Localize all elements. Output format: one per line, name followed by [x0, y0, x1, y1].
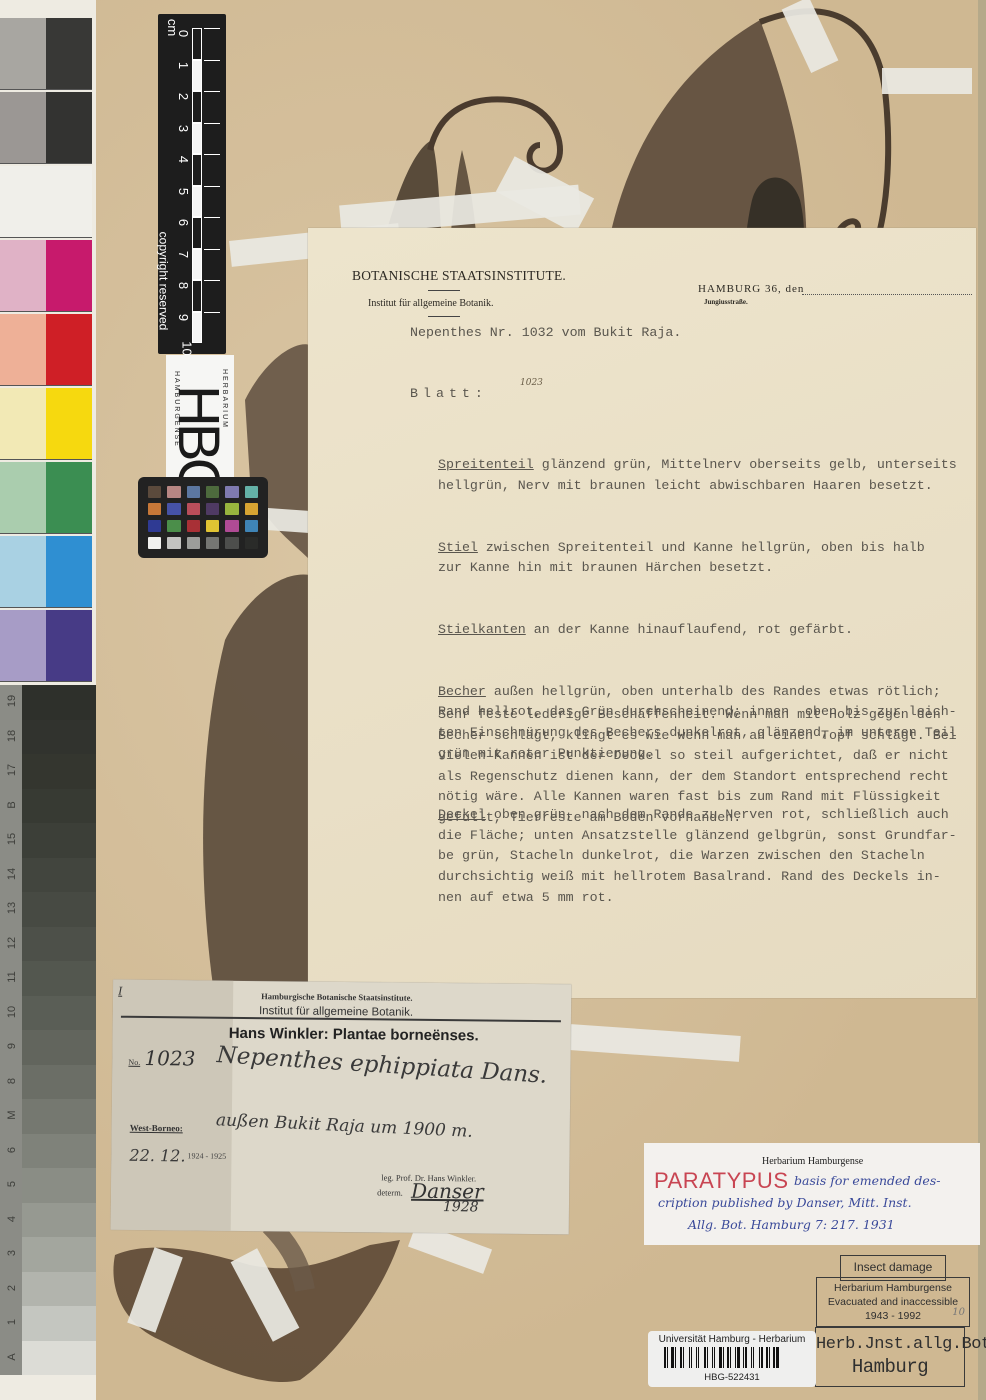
checker-swatch — [225, 537, 238, 549]
color-patch — [0, 240, 46, 311]
ruler-tick-label: 2 — [176, 93, 191, 100]
barcode-bar — [723, 1347, 724, 1368]
grayscale-strip: 191817B15141312111098M654321A — [0, 685, 96, 1375]
ruler-labels: cm012345678910copyright reserved — [162, 14, 184, 354]
ruler-tick — [204, 312, 220, 313]
letterhead-rule — [428, 316, 460, 317]
notes-section-heading: Blatt: — [410, 384, 488, 405]
gray-step — [22, 823, 96, 858]
gray-step-label: 1 — [6, 1312, 18, 1332]
hbg-logo-top-text: HERBARIUM — [221, 369, 228, 429]
paratype-status: PARATYPUS — [654, 1168, 789, 1194]
gray-step — [22, 685, 96, 720]
gray-step-label: M — [6, 1105, 18, 1125]
color-patch — [0, 462, 46, 533]
barcode-bar — [675, 1347, 676, 1368]
color-strip-row — [0, 388, 92, 460]
paratype-note-line: Allg. Bot. Hamburg 7: 217. 1931 — [688, 1217, 895, 1232]
checker-swatch — [167, 520, 180, 532]
collection-label: I Hamburgische Botanische Staatsinstitut… — [111, 980, 572, 1235]
color-patch — [0, 388, 46, 459]
notes-letterhead-city: HAMBURG 36, den — [698, 283, 804, 295]
barcode-label: Universität Hamburg - Herbarium HBG-5224… — [648, 1331, 816, 1387]
checker-swatch — [148, 503, 161, 515]
herbarium-institute-stamp: Herb.Jnst.allg.Bot. Hamburg — [815, 1327, 965, 1387]
color-patch — [0, 536, 46, 607]
gray-step — [22, 1168, 96, 1203]
barcode-bar — [751, 1347, 752, 1368]
notes-letterhead-title: BOTANISCHE STAATSINSTITUTE. — [352, 268, 566, 284]
gray-step — [22, 892, 96, 927]
barcode-bar — [730, 1347, 731, 1368]
ruler-tick-label: 7 — [176, 250, 191, 257]
color-patch — [0, 610, 46, 681]
label-number-caption: No. — [128, 1058, 140, 1067]
letterhead-rule — [428, 290, 460, 291]
ruler-segment — [192, 186, 202, 218]
barcode-bar — [773, 1347, 775, 1368]
barcode-bar — [761, 1347, 763, 1368]
label-institute: Hamburgische Botanische Staatsinstitute. — [261, 991, 412, 1003]
color-patch — [0, 166, 46, 237]
color-patch — [46, 18, 92, 89]
barcode-bars — [664, 1347, 800, 1368]
stamp-line: Herb.Jnst.allg.Bot. — [816, 1334, 964, 1356]
gray-step — [22, 1099, 96, 1134]
gray-step-label: B — [6, 795, 18, 815]
gray-step — [22, 1272, 96, 1307]
stamp-line: 1943 - 1992 — [817, 1309, 969, 1323]
ruler-tick — [204, 249, 220, 250]
color-patch — [46, 240, 92, 311]
gray-step-label: 10 — [6, 1002, 18, 1022]
ruler-tick-label: 3 — [176, 124, 191, 131]
gray-step — [22, 1341, 96, 1376]
gray-step — [22, 961, 96, 996]
barcode-bar — [664, 1347, 666, 1368]
checker-swatch — [206, 486, 219, 498]
gray-step-label: 15 — [6, 829, 18, 849]
ruler-segment — [192, 154, 202, 186]
gray-step-label: 8 — [6, 1071, 18, 1091]
gray-step-label: A — [6, 1347, 18, 1367]
gray-step-label: 13 — [6, 898, 18, 918]
ruler-tick — [204, 28, 220, 29]
barcode-bar — [696, 1347, 697, 1368]
checker-swatch — [225, 520, 238, 532]
gray-step — [22, 720, 96, 755]
paragraph-text: an der Kanne hinauflaufend, rot gefärbt. — [526, 622, 853, 637]
color-strip-row — [0, 166, 92, 238]
color-patch — [46, 166, 92, 237]
color-checker-card — [138, 477, 268, 558]
notes-leaf-description: Spreitenteil glänzend grün, Mittelnerv o… — [438, 414, 957, 949]
label-determ-caption: determ. — [377, 1187, 403, 1197]
checker-swatch — [187, 486, 200, 498]
gray-step-label: 3 — [6, 1243, 18, 1263]
hbg-logo-bottom-text: HAMBURGENSE — [173, 371, 180, 448]
color-patch — [46, 92, 92, 163]
stamp-line: Herbarium Hamburgense — [817, 1281, 969, 1295]
gray-step — [22, 1065, 96, 1100]
barcode-institution: Universität Hamburg - Herbarium — [648, 1334, 816, 1345]
checker-swatch — [206, 537, 219, 549]
ruler-tick — [204, 186, 220, 187]
gray-step — [22, 1306, 96, 1341]
checker-swatch — [148, 520, 161, 532]
barcode-bar — [766, 1347, 768, 1368]
mounting-tape — [882, 68, 972, 94]
checker-swatch — [225, 503, 238, 515]
barcode-bar — [683, 1347, 684, 1368]
color-patch — [46, 610, 92, 681]
ruler-tick-label: 4 — [176, 156, 191, 163]
gray-step — [22, 1134, 96, 1169]
ruler-scale-bars — [192, 28, 220, 348]
color-strip-row — [0, 536, 92, 608]
label-collection-date: 22. 12. — [129, 1146, 185, 1166]
checker-swatch — [245, 503, 258, 515]
label-collection-number: 1023 — [144, 1046, 195, 1071]
barcode-bar — [737, 1347, 740, 1368]
notes-letterhead-subtitle: Institut für allgemeine Botanik. — [368, 298, 494, 309]
color-strip-row — [0, 240, 92, 312]
checker-swatch — [245, 520, 258, 532]
barcode-bar — [745, 1347, 747, 1368]
barcode-bar — [735, 1347, 736, 1368]
term: Stielkanten — [438, 622, 526, 637]
checker-swatch — [206, 520, 219, 532]
ruler-tick — [204, 217, 220, 218]
checker-swatch — [187, 503, 200, 515]
barcode-bar — [680, 1347, 682, 1368]
notes-title: Nepenthes Nr. 1032 vom Bukit Raja. — [410, 323, 681, 344]
gray-step — [22, 1030, 96, 1065]
checker-swatch — [148, 537, 161, 549]
color-patch — [0, 92, 46, 163]
color-strip-row — [0, 462, 92, 534]
checker-swatch — [187, 537, 200, 549]
color-patch — [0, 314, 46, 385]
grayscale-labels: 191817B15141312111098M654321A — [0, 685, 22, 1375]
term: Stiel — [438, 540, 478, 555]
gray-step — [22, 1203, 96, 1238]
color-strip-row — [0, 18, 92, 90]
label-species-name: Nepenthes ephippiata Dans. — [216, 1042, 548, 1089]
checker-swatch — [225, 486, 238, 498]
color-strip-row — [0, 610, 92, 682]
barcode-bar — [698, 1347, 699, 1368]
barcode-bar — [704, 1347, 706, 1368]
checker-swatch — [245, 486, 258, 498]
color-patch — [46, 536, 92, 607]
barcode-bar — [691, 1347, 692, 1368]
notes-paragraph: Spreitenteil glänzend grün, Mittelnerv o… — [438, 455, 957, 496]
barcode-bar — [714, 1347, 715, 1368]
term: Becher — [438, 684, 486, 699]
gray-step-label: 17 — [6, 760, 18, 780]
barcode-bar — [667, 1347, 668, 1368]
checker-swatch — [167, 537, 180, 549]
evacuated-stamp: Herbarium Hamburgense Evacuated and inac… — [816, 1277, 970, 1327]
label-roman-numeral: I — [118, 984, 122, 999]
gray-step — [22, 858, 96, 893]
label-locality: außen Bukit Raja um 1900 m. — [215, 1110, 473, 1142]
barcode-bar — [671, 1347, 674, 1368]
scale-ruler: cm012345678910copyright reserved — [158, 14, 226, 354]
ruler-segment — [192, 91, 202, 123]
barcode-bar — [727, 1347, 729, 1368]
color-patch — [46, 388, 92, 459]
stamp-line: Evacuated and inaccessible — [817, 1295, 969, 1309]
gray-step-label: 4 — [6, 1209, 18, 1229]
ruler-tick — [204, 280, 220, 281]
barcode-bar — [776, 1347, 779, 1368]
gray-step-label: 6 — [6, 1140, 18, 1160]
ruler-tick — [204, 154, 220, 155]
hbg-logo: HBG HERBARIUM HAMBURGENSE — [166, 355, 234, 477]
barcode-bar — [712, 1347, 713, 1368]
color-patch — [46, 314, 92, 385]
gray-step-label: 19 — [6, 691, 18, 711]
barcode-bar — [743, 1347, 744, 1368]
notes-letterhead-street: Jungiusstraße. — [704, 298, 748, 306]
gray-step — [22, 754, 96, 789]
ruler-tick — [204, 123, 220, 124]
field-notes-sheet: BOTANISCHE STAATSINSTITUTE. Institut für… — [308, 228, 976, 998]
ruler-tick-label: 1 — [176, 61, 191, 68]
ruler-segment — [192, 280, 202, 312]
barcode-bar — [753, 1347, 754, 1368]
stamp-line: Hamburg — [816, 1356, 964, 1378]
color-strip-row — [0, 314, 92, 386]
checker-swatch — [187, 520, 200, 532]
gray-step — [22, 996, 96, 1031]
ruler-segment — [192, 60, 202, 92]
checker-swatch — [148, 486, 161, 498]
term: Spreitenteil — [438, 457, 534, 472]
ruler-tick — [204, 60, 220, 61]
ruler-tick-label: 8 — [176, 282, 191, 289]
pencil-mark: 10 — [952, 1306, 965, 1320]
date-line — [802, 294, 972, 295]
ruler-tick-label: 0 — [176, 30, 191, 37]
grayscale-steps — [22, 685, 96, 1375]
label-determ-year: 1928 — [443, 1199, 479, 1215]
checker-swatch — [245, 537, 258, 549]
gray-step — [22, 1237, 96, 1272]
notes-closing-paragraph: Sehr feste lederige Beschaffenheit. Wenn… — [438, 705, 957, 829]
gray-step-label: 11 — [6, 967, 18, 987]
barcode-bar — [719, 1347, 722, 1368]
label-collection-title: Hans Winkler: Plantae borneënses. — [229, 1025, 479, 1045]
barcode-bar — [689, 1347, 690, 1368]
gray-step-label: 12 — [6, 933, 18, 953]
ruler-segment — [192, 312, 202, 344]
gray-step-label: 9 — [6, 1036, 18, 1056]
checker-swatch — [167, 503, 180, 515]
handwritten-number: 1023 — [520, 378, 543, 388]
paratype-note-line: cription published by Danser, Mitt. Inst… — [658, 1195, 912, 1210]
barcode-id: HBG-522431 — [648, 1372, 816, 1383]
barcode-bar — [707, 1347, 708, 1368]
gray-step-label: 18 — [6, 726, 18, 746]
label-region: West-Borneo: — [130, 1123, 183, 1134]
ruler-copyright: copyright reserved — [156, 232, 170, 331]
gray-step-label: 5 — [6, 1174, 18, 1194]
color-strip-row — [0, 92, 92, 164]
barcode-bar — [759, 1347, 760, 1368]
paragraph-text: zwischen Spreitenteil und Kanne hellgrün… — [438, 540, 925, 576]
checker-swatch — [167, 486, 180, 498]
checker-swatch — [206, 503, 219, 515]
paratype-label: Herbarium Hamburgense PARATYPUS basis fo… — [644, 1143, 980, 1245]
ruler-tick-label: 6 — [176, 219, 191, 226]
ruler-tick-label: 9 — [176, 313, 191, 320]
gray-step-label: 2 — [6, 1278, 18, 1298]
color-patch — [46, 462, 92, 533]
ruler-tick — [204, 91, 220, 92]
color-patch — [0, 18, 46, 89]
gray-step-label: 14 — [6, 864, 18, 884]
ruler-tick-label: 5 — [176, 187, 191, 194]
notes-paragraph: Stielkanten an der Kanne hinauflaufend, … — [438, 620, 957, 641]
paratype-header: Herbarium Hamburgense — [762, 1156, 863, 1167]
ruler-segment — [192, 28, 202, 60]
paratype-note-line: basis for emended des- — [794, 1173, 940, 1188]
gray-step — [22, 789, 96, 824]
notes-paragraph: Stiel zwischen Spreitenteil und Kanne he… — [438, 538, 957, 579]
barcode-bar — [769, 1347, 770, 1368]
ruler-segment — [192, 217, 202, 249]
ruler-segment — [192, 123, 202, 155]
gray-step — [22, 927, 96, 962]
ruler-segment — [192, 249, 202, 281]
label-years: 1924 - 1925 — [187, 1151, 226, 1160]
